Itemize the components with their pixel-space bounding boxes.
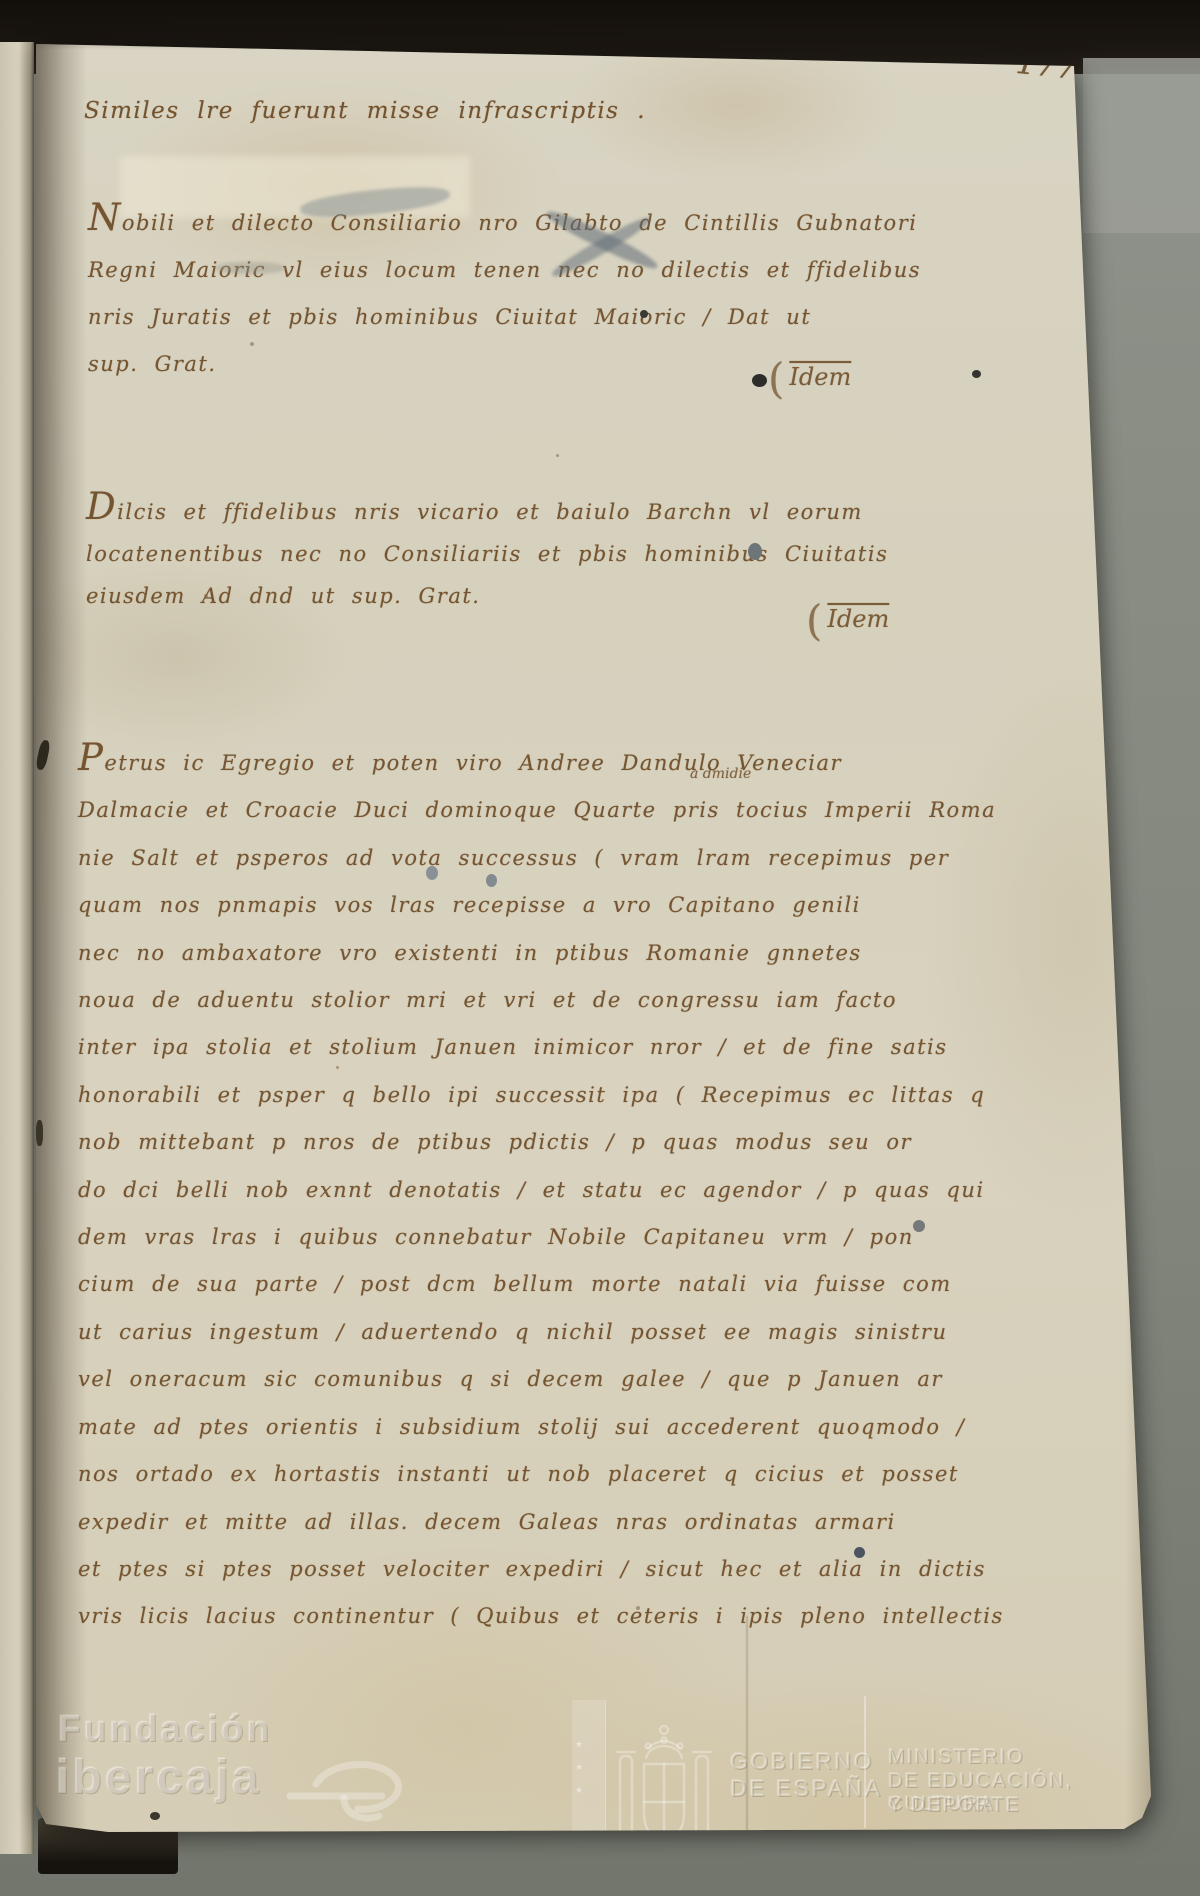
paper-speck	[250, 342, 254, 346]
fundacion-watermark-line1: Fundación	[58, 1708, 272, 1750]
manuscript-line: honorabili et psper q bello ipi successi…	[78, 1072, 1004, 1119]
manuscript-line: nos ortado ex hortastis instanti ut nob …	[78, 1451, 1004, 1498]
fundacion-watermark-line2: ibercaja	[56, 1750, 261, 1805]
paren-mark: (	[768, 354, 784, 403]
star-icon: ★	[575, 1763, 606, 1772]
manuscript-line: mate ad ptes orientis i subsidium stolij…	[78, 1404, 1004, 1451]
heading-line: Similes lre fuerunt misse infrascriptis …	[84, 98, 646, 124]
manuscript-line: Regni Maioric vl eius locum tenen nec no…	[88, 247, 921, 294]
manuscript-line: vel oneracum sic comunibus q si decem ga…	[78, 1356, 1004, 1403]
manuscript-line: ut carius ingestum / aduertendo q nichil…	[78, 1309, 1004, 1356]
manuscript-line: quam nos pnmapis vos lras recepisse a vr…	[78, 882, 1004, 929]
manuscript-line: Nobili et dilecto Consiliario nro Gilabt…	[88, 194, 921, 247]
star-icon: ★	[575, 1740, 606, 1749]
ink-blot	[748, 543, 762, 560]
letter-block: Petrus ic Egregio et poten viro Andree D…	[78, 734, 1004, 1641]
manuscript-line: locatenentibus nec no Consiliariis et pb…	[86, 533, 888, 575]
margin-mark	[36, 1120, 43, 1146]
manuscript-line: vris licis lacius continentur ( Quibus e…	[78, 1593, 1004, 1640]
manuscript-line: expedir et mitte ad illas. decem Galeas …	[78, 1499, 1004, 1546]
ink-smudge	[215, 262, 285, 274]
spain-coat-of-arms-icon	[612, 1718, 716, 1864]
ink-blot	[854, 1547, 865, 1558]
paper-speck	[556, 454, 559, 457]
folio-number: 177	[1014, 43, 1079, 87]
watermark-divider	[864, 1696, 866, 1828]
manuscript-line: nec no ambaxatore vro existenti in ptibu…	[78, 930, 1004, 977]
manuscript-line: nris Juratis et pbis hominibus Ciuitat M…	[88, 294, 921, 341]
manuscript-line: inter ipa stolia et stolium Januen inimi…	[78, 1024, 1004, 1071]
page-top-shadow	[36, 36, 1151, 50]
manuscript-line: nob mittebant p nros de ptibus pdictis /…	[78, 1119, 1004, 1166]
ibercaja-logo-icon	[282, 1752, 414, 1830]
manuscript-line: Petrus ic Egregio et poten viro Andree D…	[78, 734, 1004, 787]
ink-blot	[640, 310, 648, 318]
ink-blot	[752, 374, 767, 387]
ink-blot	[913, 1220, 925, 1232]
star-icon: ★	[575, 1786, 606, 1795]
ministerio-watermark-line3: Y DEPORTE	[888, 1794, 1021, 1817]
ink-blot	[486, 874, 497, 887]
ink-blot	[426, 866, 438, 880]
paper-speck	[336, 1066, 339, 1069]
paper-speck	[204, 594, 208, 598]
eu-flag-bar: ★ ★ ★	[572, 1700, 606, 1834]
manuscript-line: do dci belli nob exnnt denotatis / et st…	[78, 1167, 1004, 1214]
idem-annotation: (Idem	[768, 354, 851, 403]
manuscript-line: dem vras lras i quibus connebatur Nobile…	[78, 1214, 1004, 1261]
page-right-shading	[1125, 36, 1151, 1836]
gobierno-watermark-line2: DE ESPAÑA	[730, 1775, 882, 1802]
paren-mark: (	[806, 596, 822, 645]
ink-blot	[972, 370, 981, 378]
manuscript-line: Dalmacie et Croacie Duci dominoque Quart…	[78, 787, 1004, 834]
manuscript-line: nie Salt et psperos ad vota successus ( …	[78, 835, 1004, 882]
manuscript-line: cium de sua parte / post dcm bellum mort…	[78, 1261, 1004, 1308]
paper-speck	[636, 1606, 640, 1610]
manuscript-line: noua de aduentu stolior mri et vri et de…	[78, 977, 1004, 1024]
ministerio-watermark-line1: MINISTERIO	[888, 1746, 1025, 1769]
manuscript-page: 177 Similes lre fuerunt misse infrascrip…	[36, 36, 1151, 1836]
manuscript-line: Dilcis et ffidelibus nris vicario et bai…	[86, 486, 888, 533]
page-wrapper: 177 Similes lre fuerunt misse infrascrip…	[0, 0, 1200, 1896]
ink-blot	[150, 1812, 160, 1820]
idem-annotation: (Idem	[806, 596, 889, 645]
gobierno-watermark-line1: GOBIERNO	[730, 1748, 874, 1775]
